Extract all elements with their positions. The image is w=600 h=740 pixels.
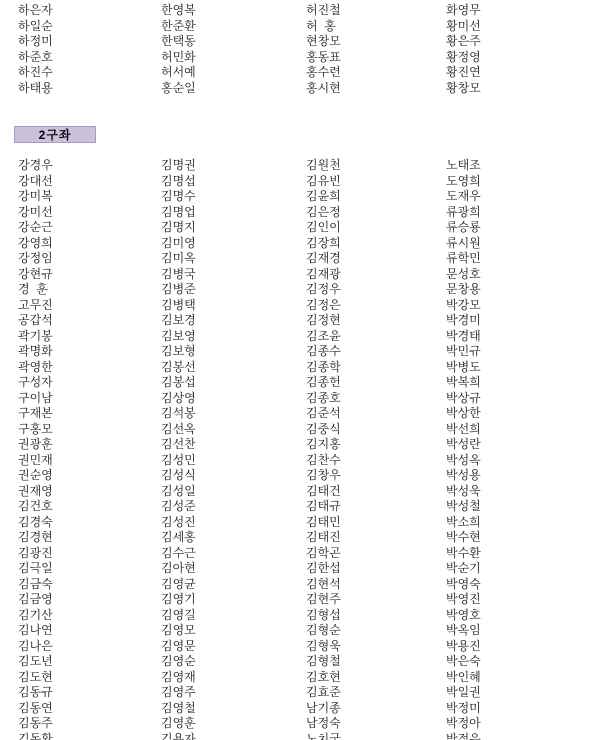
roster-row: 김경현김세홍김태진박수현: [0, 530, 600, 546]
name-cell: 김성일: [161, 484, 306, 500]
name-cell: 권순영: [18, 468, 161, 484]
name-cell: 남정숙: [306, 716, 446, 732]
name-cell: 류광희: [446, 205, 600, 221]
name-cell: 도재우: [446, 189, 600, 205]
name-cell: 김호현: [306, 670, 446, 686]
name-cell: 박성란: [446, 437, 600, 453]
name-cell: 박상규: [446, 391, 600, 407]
roster-row: 권순영김성식김창우박성용: [0, 468, 600, 484]
name-cell: 구성자: [18, 375, 161, 391]
name-cell: 박정아: [446, 716, 600, 732]
main-roster: 강경우김명권김원천노태조강대선김명섭김유빈도영희강미복김명수김윤희도재우강미선김…: [0, 158, 600, 740]
roster-row: 하진수허서예홍수련황진연: [0, 65, 600, 81]
name-cell: 홍시현: [306, 81, 446, 97]
name-cell: 류학민: [446, 251, 600, 267]
name-cell: 박상한: [446, 406, 600, 422]
name-cell: 김영훈: [161, 716, 306, 732]
name-cell: 강순근: [18, 220, 161, 236]
name-cell: 구이남: [18, 391, 161, 407]
name-cell: 김찬수: [306, 453, 446, 469]
roster-row: 고무진김병택김정은박강모: [0, 298, 600, 314]
name-cell: 강대선: [18, 174, 161, 190]
name-cell: 박경미: [446, 313, 600, 329]
name-cell: 김금숙: [18, 577, 161, 593]
section-header-label: 2구좌: [39, 126, 72, 143]
name-cell: 강경우: [18, 158, 161, 174]
roster-row: 김기산김영길김형섭박영호: [0, 608, 600, 624]
name-cell: 황정영: [446, 50, 600, 66]
name-cell: 김성민: [161, 453, 306, 469]
name-cell: 김봉선: [161, 360, 306, 376]
name-cell: 하준호: [18, 50, 161, 66]
name-cell: 현창모: [306, 34, 446, 50]
name-cell: 고무진: [18, 298, 161, 314]
roster-row: 김도현김영재김호현박인혜: [0, 670, 600, 686]
name-cell: 김종헌: [306, 375, 446, 391]
name-cell: 박성욱: [446, 484, 600, 500]
name-cell: 박영진: [446, 592, 600, 608]
name-cell: 하진수: [18, 65, 161, 81]
name-cell: 김태진: [306, 530, 446, 546]
name-cell: 화영무: [446, 3, 600, 19]
name-cell: 김원천: [306, 158, 446, 174]
name-cell: 박영숙: [446, 577, 600, 593]
name-cell: 강미선: [18, 205, 161, 221]
name-cell: 곽영한: [18, 360, 161, 376]
name-cell: 김영기: [161, 592, 306, 608]
roster-row: 강미선김명업김은정류광희: [0, 205, 600, 221]
name-cell: 김동연: [18, 701, 161, 717]
name-cell: 하은자: [18, 3, 161, 19]
name-cell: 박순기: [446, 561, 600, 577]
roster-row: 권재영김성일김태건박성욱: [0, 484, 600, 500]
name-cell: 김효준: [306, 685, 446, 701]
roster-row: 곽명화김보형김종수박민규: [0, 344, 600, 360]
name-cell: 김윤희: [306, 189, 446, 205]
name-cell: 김영문: [161, 639, 306, 655]
name-cell: 권재영: [18, 484, 161, 500]
name-cell: 공갑석: [18, 313, 161, 329]
roster-row: 김동주김영훈남정숙박정아: [0, 716, 600, 732]
name-cell: 허진철: [306, 3, 446, 19]
name-cell: 김명수: [161, 189, 306, 205]
roster-row: 곽기봉김보영김조윤박경태: [0, 329, 600, 345]
name-cell: 김병준: [161, 282, 306, 298]
name-cell: 김나연: [18, 623, 161, 639]
name-cell: 박성철: [446, 499, 600, 515]
name-cell: 김종학: [306, 360, 446, 376]
name-cell: 김형섭: [306, 608, 446, 624]
roster-row: 김광진김수근김학곤박수환: [0, 546, 600, 562]
name-cell: 박정은: [446, 732, 600, 740]
name-cell: 김동규: [18, 685, 161, 701]
name-cell: 박정미: [446, 701, 600, 717]
name-cell: 강현규: [18, 267, 161, 283]
name-cell: 홍동표: [306, 50, 446, 66]
name-cell: 김태규: [306, 499, 446, 515]
roster-row: 김경숙김성진김태민박소희: [0, 515, 600, 531]
name-cell: 김건호: [18, 499, 161, 515]
name-cell: 곽명화: [18, 344, 161, 360]
name-cell: 경 훈: [18, 282, 161, 298]
name-cell: 김미옥: [161, 251, 306, 267]
name-cell: 김광진: [18, 546, 161, 562]
name-cell: 박병도: [446, 360, 600, 376]
name-cell: 김창우: [306, 468, 446, 484]
roster-row: 구성자김봉섭김종헌박복희: [0, 375, 600, 391]
name-cell: 황미선: [446, 19, 600, 35]
name-cell: 박성옥: [446, 453, 600, 469]
name-cell: 김영철: [161, 701, 306, 717]
roster-row: 강대선김명섭김유빈도영희: [0, 174, 600, 190]
name-cell: 김성준: [161, 499, 306, 515]
roster-sheet: 하은자한영복허진철화영무하일순한준환허 홍황미선하정미한택동현창모황은주하준호허…: [0, 0, 600, 740]
name-cell: 김현주: [306, 592, 446, 608]
name-cell: 김경현: [18, 530, 161, 546]
roster-row: 하준호허민화홍동표황정영: [0, 50, 600, 66]
name-cell: 곽기봉: [18, 329, 161, 345]
name-cell: 김상영: [161, 391, 306, 407]
name-cell: 박수환: [446, 546, 600, 562]
roster-row: 하태용홍순일홍시현황창모: [0, 81, 600, 97]
name-cell: 김성진: [161, 515, 306, 531]
name-cell: 황은주: [446, 34, 600, 50]
name-cell: 김학곤: [306, 546, 446, 562]
name-cell: 문성호: [446, 267, 600, 283]
name-cell: 박강모: [446, 298, 600, 314]
name-cell: 한준환: [161, 19, 306, 35]
roster-row: 강경우김명권김원천노태조: [0, 158, 600, 174]
name-cell: 문창용: [446, 282, 600, 298]
name-cell: 김석봉: [161, 406, 306, 422]
name-cell: 권민재: [18, 453, 161, 469]
roster-row: 김금영김영기김현주박영진: [0, 592, 600, 608]
roster-row: 김금숙김영균김현석박영숙: [0, 577, 600, 593]
name-cell: 김영재: [161, 670, 306, 686]
name-cell: 허 홍: [306, 19, 446, 35]
roster-row: 김나연김영모김형순박옥임: [0, 623, 600, 639]
name-cell: 김종수: [306, 344, 446, 360]
name-cell: 김재경: [306, 251, 446, 267]
name-cell: 김극일: [18, 561, 161, 577]
name-cell: 김성식: [161, 468, 306, 484]
name-cell: 김보형: [161, 344, 306, 360]
name-cell: 김영길: [161, 608, 306, 624]
roster-row: 구재본김석봉김준석박상한: [0, 406, 600, 422]
name-cell: 박선희: [446, 422, 600, 438]
name-cell: 김정우: [306, 282, 446, 298]
name-cell: 강미복: [18, 189, 161, 205]
name-cell: 박은숙: [446, 654, 600, 670]
name-cell: 김태건: [306, 484, 446, 500]
name-cell: 박인혜: [446, 670, 600, 686]
name-cell: 하일순: [18, 19, 161, 35]
name-cell: 김현석: [306, 577, 446, 593]
name-cell: 김한섭: [306, 561, 446, 577]
name-cell: 구홍모: [18, 422, 161, 438]
name-cell: 김유빈: [306, 174, 446, 190]
name-cell: 한택동: [161, 34, 306, 50]
name-cell: 김나은: [18, 639, 161, 655]
name-cell: 김종호: [306, 391, 446, 407]
name-cell: 김중식: [306, 422, 446, 438]
name-cell: 류승룡: [446, 220, 600, 236]
name-cell: 김영순: [161, 654, 306, 670]
name-cell: 김도현: [18, 670, 161, 686]
roster-row: 강현규김병국김재광문성호: [0, 267, 600, 283]
name-cell: 김지홍: [306, 437, 446, 453]
roster-row: 강순근김명지김인이류승룡: [0, 220, 600, 236]
roster-row: 권민재김성민김찬수박성옥: [0, 453, 600, 469]
name-cell: 노치국: [306, 732, 446, 740]
name-cell: 김금영: [18, 592, 161, 608]
name-cell: 김태민: [306, 515, 446, 531]
name-cell: 김명섭: [161, 174, 306, 190]
name-cell: 박옥임: [446, 623, 600, 639]
name-cell: 박복희: [446, 375, 600, 391]
name-cell: 김수근: [161, 546, 306, 562]
name-cell: 김준석: [306, 406, 446, 422]
name-cell: 김도년: [18, 654, 161, 670]
roster-row: 하정미한택동현창모황은주: [0, 34, 600, 50]
name-cell: 김선찬: [161, 437, 306, 453]
name-cell: 김형욱: [306, 639, 446, 655]
name-cell: 박일권: [446, 685, 600, 701]
name-cell: 박민규: [446, 344, 600, 360]
name-cell: 김용자: [161, 732, 306, 740]
section-header-badge: 2구좌: [14, 126, 96, 143]
roster-row: 김동환김용자노치국박정은: [0, 732, 600, 740]
name-cell: 김봉섭: [161, 375, 306, 391]
name-cell: 홍수련: [306, 65, 446, 81]
name-cell: 류시원: [446, 236, 600, 252]
name-cell: 김영균: [161, 577, 306, 593]
name-cell: 박성용: [446, 468, 600, 484]
name-cell: 황창모: [446, 81, 600, 97]
name-cell: 김병국: [161, 267, 306, 283]
roster-row: 강영희김미영김장희류시원: [0, 236, 600, 252]
name-cell: 김동환: [18, 732, 161, 740]
name-cell: 김영주: [161, 685, 306, 701]
name-cell: 김병택: [161, 298, 306, 314]
name-cell: 김보경: [161, 313, 306, 329]
name-cell: 김형철: [306, 654, 446, 670]
name-cell: 한영복: [161, 3, 306, 19]
name-cell: 김영모: [161, 623, 306, 639]
roster-row: 곽영한김봉선김종학박병도: [0, 360, 600, 376]
name-cell: 김정현: [306, 313, 446, 329]
name-cell: 박영호: [446, 608, 600, 624]
roster-row: 하은자한영복허진철화영무: [0, 3, 600, 19]
roster-row: 강정임김미옥김재경류학민: [0, 251, 600, 267]
name-cell: 박용진: [446, 639, 600, 655]
name-cell: 김조윤: [306, 329, 446, 345]
name-cell: 강정임: [18, 251, 161, 267]
name-cell: 황진연: [446, 65, 600, 81]
name-cell: 권광훈: [18, 437, 161, 453]
name-cell: 김은정: [306, 205, 446, 221]
name-cell: 김선옥: [161, 422, 306, 438]
roster-row: 경 훈김병준김정우문창용: [0, 282, 600, 298]
roster-row: 김나은김영문김형욱박용진: [0, 639, 600, 655]
name-cell: 김재광: [306, 267, 446, 283]
name-cell: 김아현: [161, 561, 306, 577]
name-cell: 김인이: [306, 220, 446, 236]
roster-row: 강미복김명수김윤희도재우: [0, 189, 600, 205]
name-cell: 홍순일: [161, 81, 306, 97]
roster-row: 김동연김영철남기종박정미: [0, 701, 600, 717]
roster-row: 김극일김아현김한섭박순기: [0, 561, 600, 577]
roster-row: 구이남김상영김종호박상규: [0, 391, 600, 407]
name-cell: 김정은: [306, 298, 446, 314]
roster-row: 김도년김영순김형철박은숙: [0, 654, 600, 670]
name-cell: 김미영: [161, 236, 306, 252]
roster-row: 권광훈김선찬김지홍박성란: [0, 437, 600, 453]
roster-row: 구홍모김선옥김중식박선희: [0, 422, 600, 438]
name-cell: 노태조: [446, 158, 600, 174]
name-cell: 박경태: [446, 329, 600, 345]
name-cell: 김명업: [161, 205, 306, 221]
name-cell: 김명지: [161, 220, 306, 236]
name-cell: 김명권: [161, 158, 306, 174]
roster-row: 김동규김영주김효준박일권: [0, 685, 600, 701]
name-cell: 김세홍: [161, 530, 306, 546]
name-cell: 도영희: [446, 174, 600, 190]
name-cell: 구재본: [18, 406, 161, 422]
name-cell: 강영희: [18, 236, 161, 252]
name-cell: 김동주: [18, 716, 161, 732]
roster-row: 하일순한준환허 홍황미선: [0, 19, 600, 35]
roster-row: 공갑석김보경김정현박경미: [0, 313, 600, 329]
name-cell: 김보영: [161, 329, 306, 345]
name-cell: 허민화: [161, 50, 306, 66]
name-cell: 김경숙: [18, 515, 161, 531]
name-cell: 김기산: [18, 608, 161, 624]
name-cell: 박소희: [446, 515, 600, 531]
name-cell: 남기종: [306, 701, 446, 717]
roster-row: 김건호김성준김태규박성철: [0, 499, 600, 515]
name-cell: 허서예: [161, 65, 306, 81]
name-cell: 김장희: [306, 236, 446, 252]
name-cell: 하태용: [18, 81, 161, 97]
name-cell: 김형순: [306, 623, 446, 639]
top-roster: 하은자한영복허진철화영무하일순한준환허 홍황미선하정미한택동현창모황은주하준호허…: [0, 0, 600, 96]
name-cell: 박수현: [446, 530, 600, 546]
name-cell: 하정미: [18, 34, 161, 50]
